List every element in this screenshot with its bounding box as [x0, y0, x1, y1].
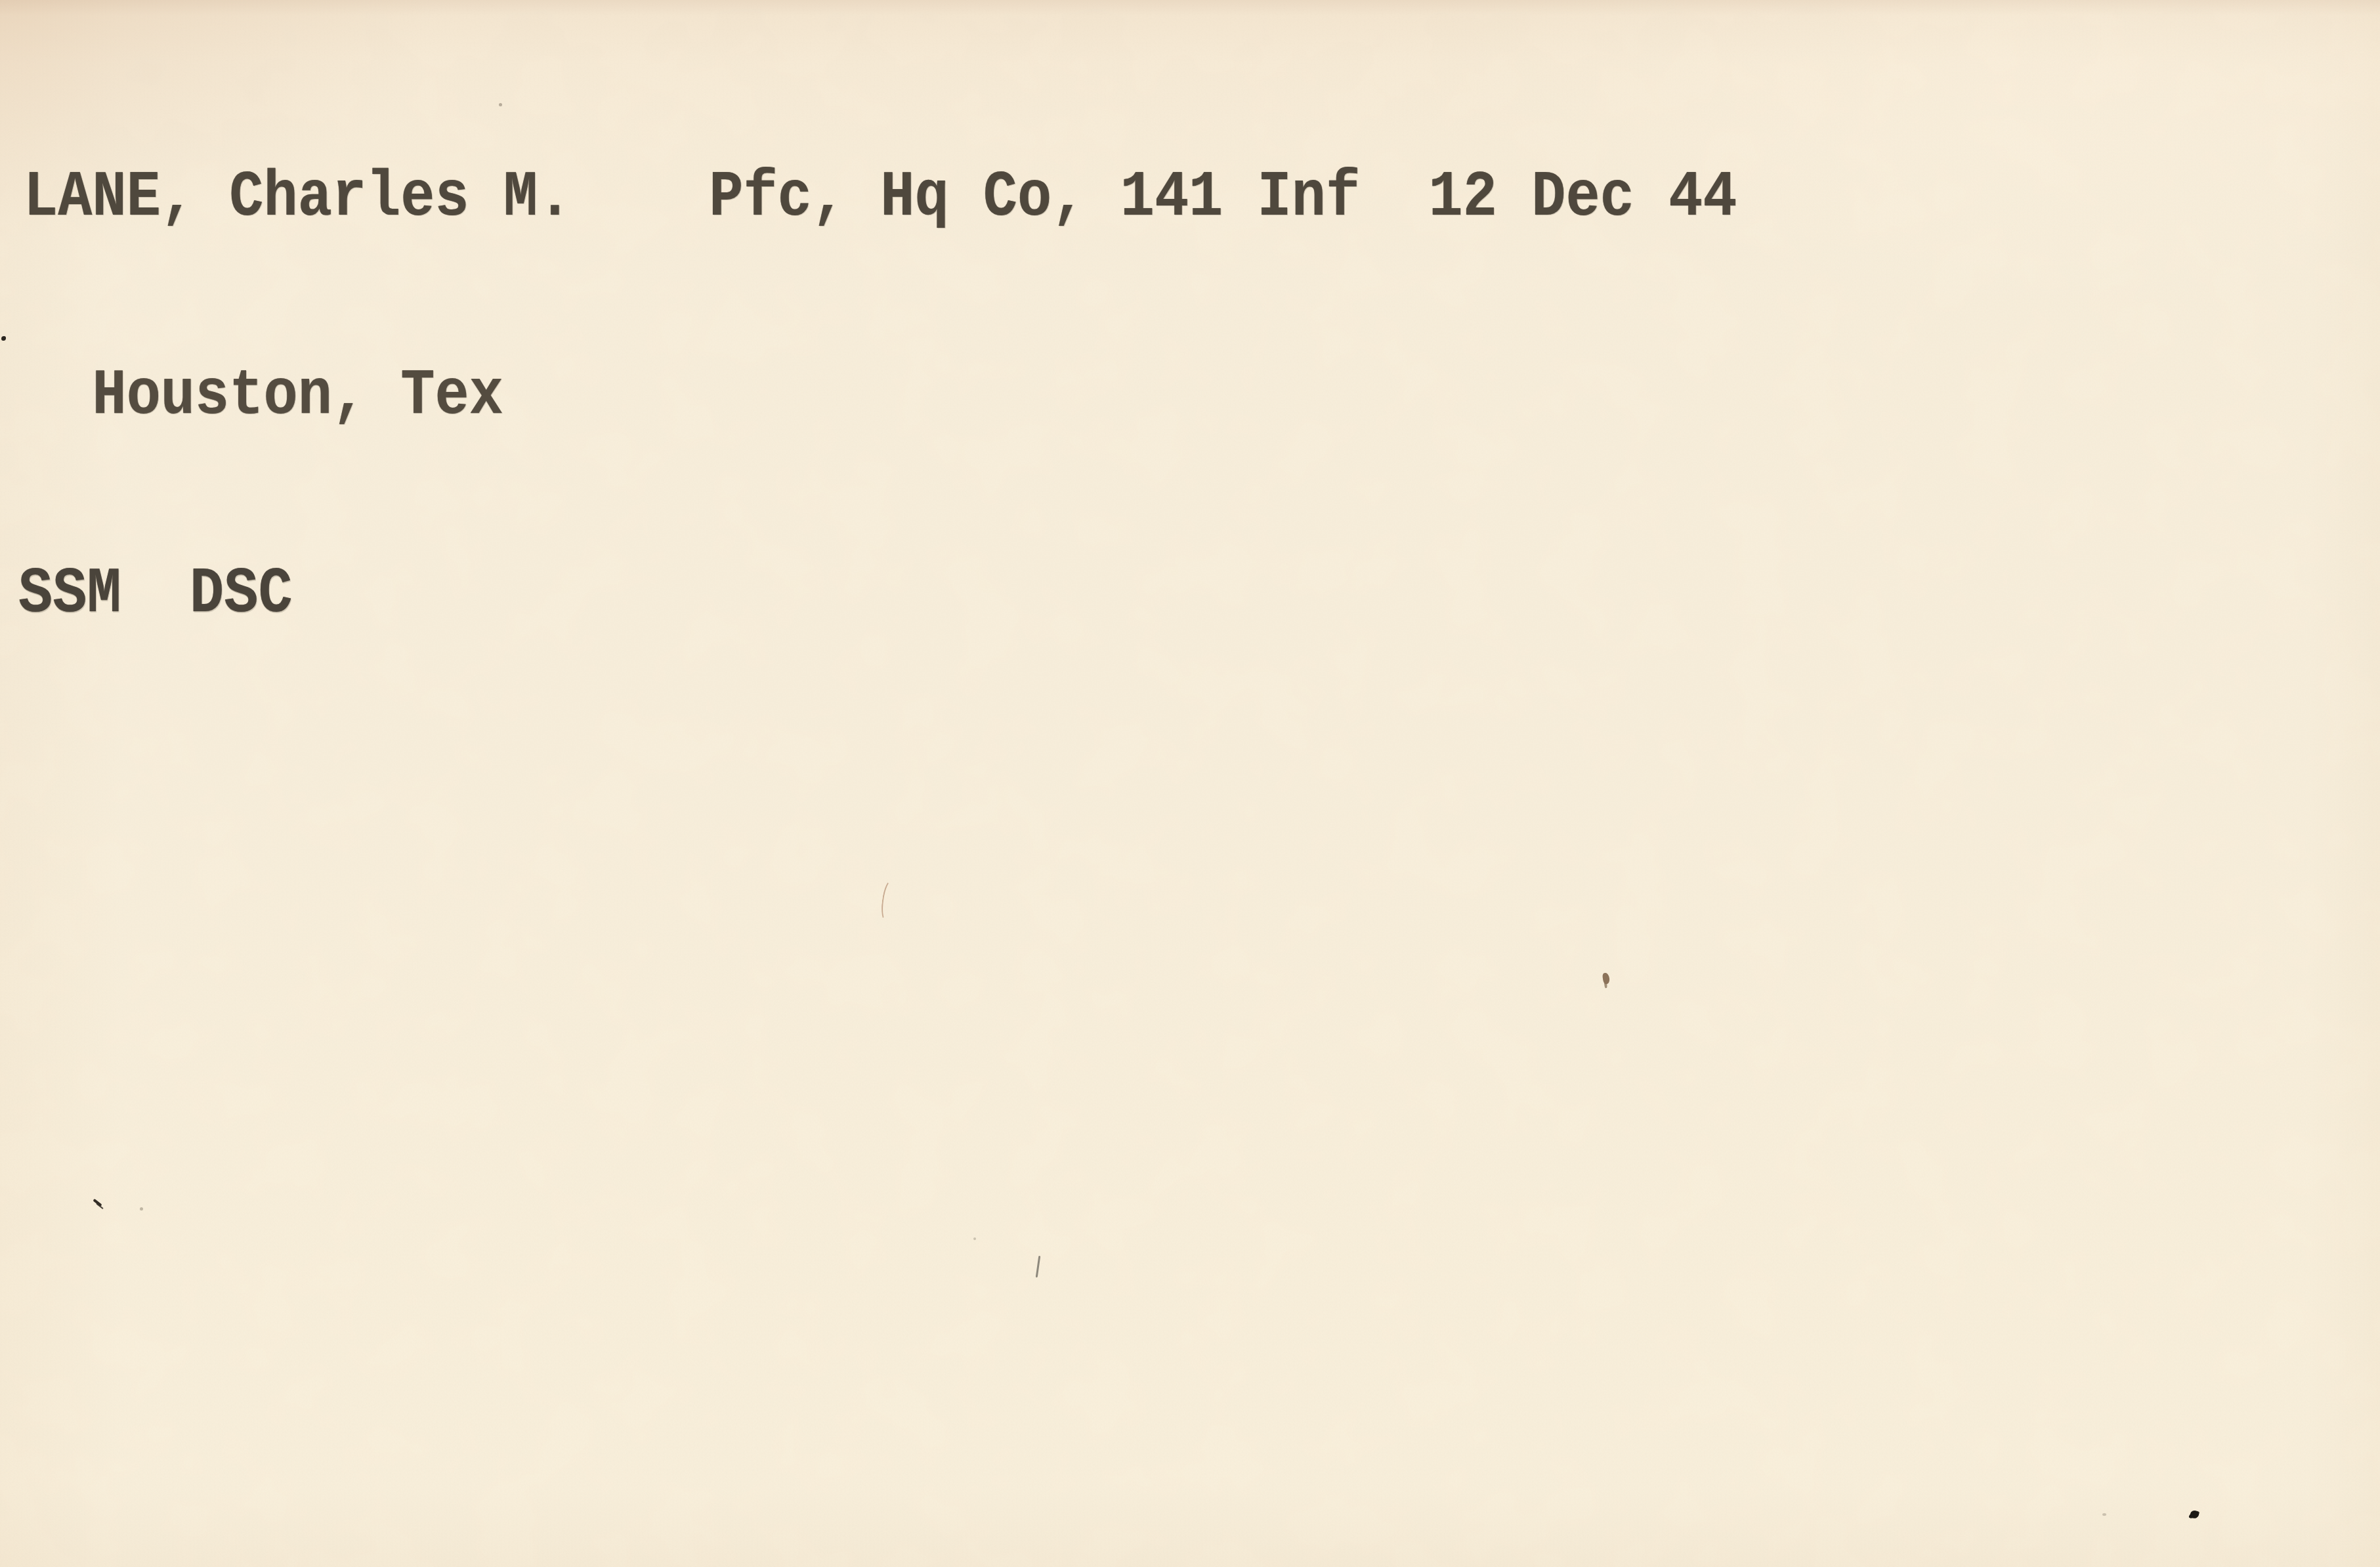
- ink-speck-left-edge: [1, 336, 6, 341]
- typed-text-block: LANE, Charles M. Pfc, Hq Co, 141 Inf 12 …: [24, 33, 1737, 761]
- typed-line-name-rank-unit-date: LANE, Charles M. Pfc, Hq Co, 141 Inf 12 …: [24, 165, 1737, 232]
- paper-fiber-curve: [880, 879, 899, 922]
- faint-dot-1: [140, 1207, 143, 1211]
- typed-line-awards: SSM DSC: [18, 562, 1737, 628]
- ink-speck-bottom-right: [2190, 1510, 2200, 1520]
- brown-speck: [1602, 972, 1610, 984]
- faint-dot-2: [973, 1237, 976, 1240]
- faint-dot-4: [2102, 1513, 2106, 1516]
- dark-fiber-squiggle: [1036, 1256, 1041, 1277]
- typed-line-residence: Houston, Tex: [24, 364, 1737, 430]
- pen-tick-mark: [93, 1199, 102, 1207]
- scanned-index-card: LANE, Charles M. Pfc, Hq Co, 141 Inf 12 …: [0, 0, 2380, 1567]
